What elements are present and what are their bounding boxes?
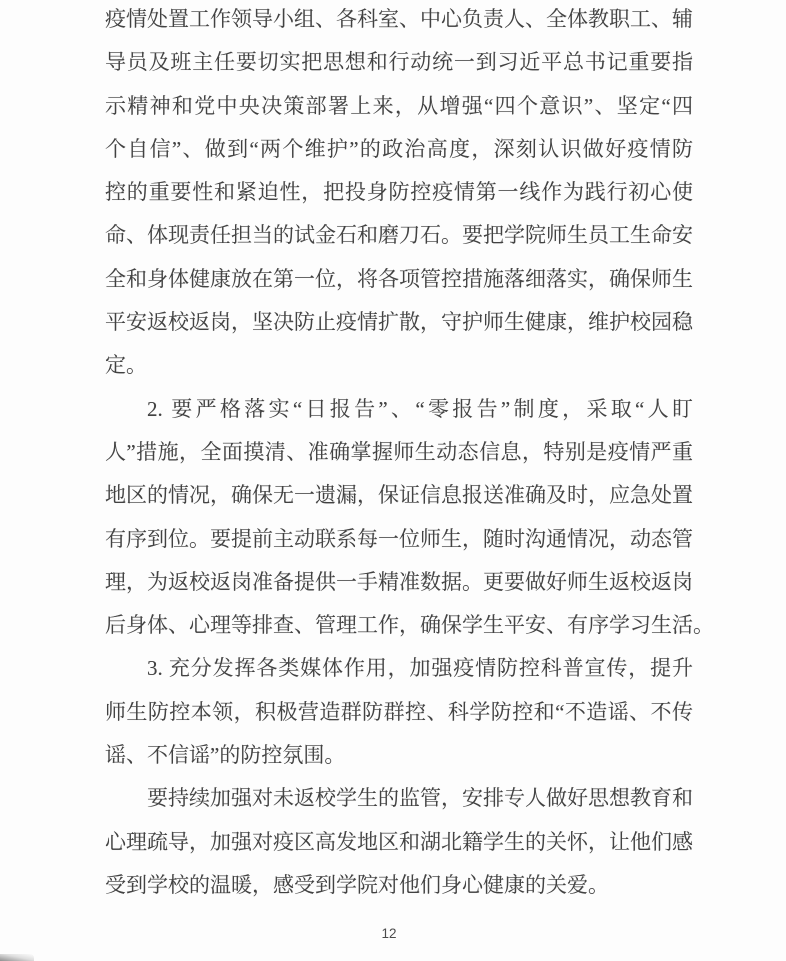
text-line: 谣、不信谣”的防控氛围。	[105, 734, 693, 777]
page-number: 12	[0, 926, 778, 941]
text-line: 3. 充分发挥各类媒体作用，加强疫情防控科普宣传，提升	[105, 647, 693, 690]
document-body: 疫情处置工作领导小组、各科室、中心负责人、全体教职工、辅导员及班主任要切实把思想…	[105, 0, 693, 907]
text-line: 导员及班主任要切实把思想和行动统一到习近平总书记重要指	[105, 41, 693, 84]
text-line: 命、体现责任担当的试金石和磨刀石。要把学院师生员工生命安	[105, 214, 693, 257]
text-line: 后身体、心理等排查、管理工作，确保学生平安、有序学习生活。	[105, 604, 693, 647]
text-line: 要持续加强对未返校学生的监管，安排专人做好思想教育和	[105, 777, 693, 820]
text-line: 疫情处置工作领导小组、各科室、中心负责人、全体教职工、辅	[105, 0, 693, 41]
text-line: 有序到位。要提前主动联系每一位师生，随时沟通情况，动态管	[105, 518, 693, 561]
text-line: 理，为返校返岗准备提供一手精准数据。更要做好师生返校返岗	[105, 561, 693, 604]
text-line: 全和身体健康放在第一位，将各项管控措施落细落实，确保师生	[105, 258, 693, 301]
text-line: 控的重要性和紧迫性，把投身防控疫情第一线作为践行初心使	[105, 171, 693, 214]
document-page: 疫情处置工作领导小组、各科室、中心负责人、全体教职工、辅导员及班主任要切实把思想…	[0, 0, 786, 961]
text-line: 2. 要严格落实“日报告”、“零报告”制度，采取“人盯	[105, 388, 693, 431]
text-line: 地区的情况，确保无一遗漏，保证信息报送准确及时，应急处置	[105, 474, 693, 517]
text-line: 人”措施，全面摸清、准确掌握师生动态信息，特别是疫情严重	[105, 431, 693, 474]
scan-edge-artifact	[0, 954, 34, 961]
text-line: 个自信”、做到“两个维护”的政治高度，深刻认识做好疫情防	[105, 128, 693, 171]
text-line: 受到学校的温暖，感受到学院对他们身心健康的关爱。	[105, 864, 693, 907]
text-line: 师生防控本领，积极营造群防群控、科学防控和“不造谣、不传	[105, 691, 693, 734]
text-line: 心理疏导，加强对疫区高发地区和湖北籍学生的关怀，让他们感	[105, 821, 693, 864]
text-line: 平安返校返岗，坚决防止疫情扩散，守护师生健康，维护校园稳	[105, 301, 693, 344]
text-line: 示精神和党中央决策部署上来，从增强“四个意识”、坚定“四	[105, 85, 693, 128]
text-line: 定。	[105, 344, 693, 387]
